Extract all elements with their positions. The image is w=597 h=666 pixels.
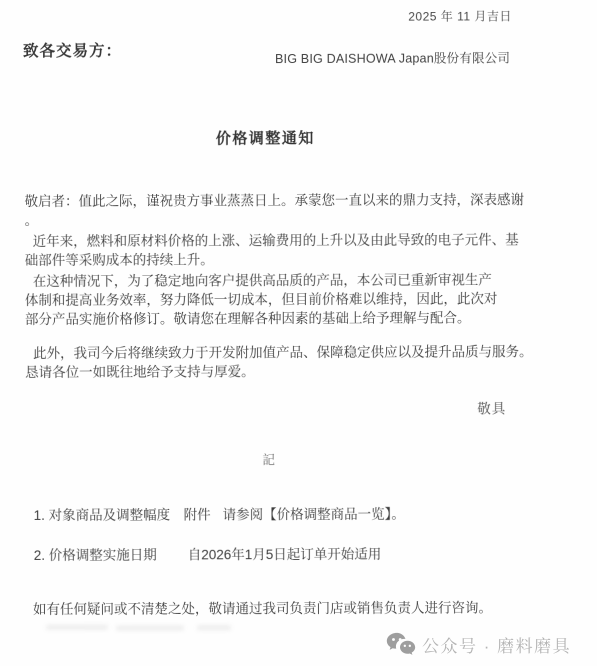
paragraph-greeting: 敬启者：值此之际，谨祝贵方事业蒸蒸日上。承蒙您一直以来的鼎力支持，深表感谢 。 — [25, 190, 570, 230]
paragraph-cost-rise: 近年来，燃料和原材料价格的上涨、运输费用的上升以及由此导致的电子元件、基 础部件… — [25, 230, 570, 270]
paragraph-price-revision: 在这种情况下，为了稳定地向客户提供高品质的产品，本公司已重新审视生产 体制和提高… — [25, 270, 570, 329]
wechat-icon — [386, 632, 416, 657]
closing-salutation: 敬具 — [477, 397, 506, 417]
item2-value: 自2026年1月5日起订单开始适用 — [188, 543, 382, 564]
scan-artifact — [46, 625, 108, 630]
paragraph-commitment: 此外，我司今后将继续致力于开发附加值产品、保障稳定供应以及提升品质与服务。 恳请… — [25, 342, 570, 382]
scan-artifact — [116, 625, 184, 630]
scanned-letter-page: 2025 年 11 月吉日 致各交易方： BIG BIG DAISHOWA Ja… — [0, 0, 597, 666]
recipient-line: 致各交易方： — [23, 39, 122, 61]
letter-content: 2025 年 11 月吉日 致各交易方： BIG BIG DAISHOWA Ja… — [0, 0, 597, 666]
item2-label: 2. 价格调整实施日期 — [34, 543, 157, 563]
item1-label: 1. 对象商品及调整幅度 — [34, 503, 171, 523]
contact-note: 如有任何疑问或不清楚之处，敬请通过我司负责门店或销售负责人进行咨询。 — [33, 596, 492, 618]
letter-title: 价格调整通知 — [0, 126, 531, 149]
wechat-watermark: 公众号 · 磨料磨具 — [386, 632, 571, 657]
letter-date: 2025 年 11 月吉日 — [408, 7, 512, 24]
item1-value: 请参阅【价格调整商品一览】。 — [223, 503, 405, 524]
company-name: BIG BIG DAISHOWA Japan股份有限公司 — [275, 48, 510, 67]
record-marker: 記 — [262, 450, 275, 468]
watermark-label: 公众号 · 磨料磨具 — [422, 632, 571, 657]
letter-body: 敬启者：值此之际，谨祝贵方事业蒸蒸日上。承蒙您一直以来的鼎力支持，深表感谢 。 … — [25, 190, 571, 382]
scan-artifact — [197, 625, 231, 630]
item1-attachment-label: 附件 — [184, 503, 211, 523]
